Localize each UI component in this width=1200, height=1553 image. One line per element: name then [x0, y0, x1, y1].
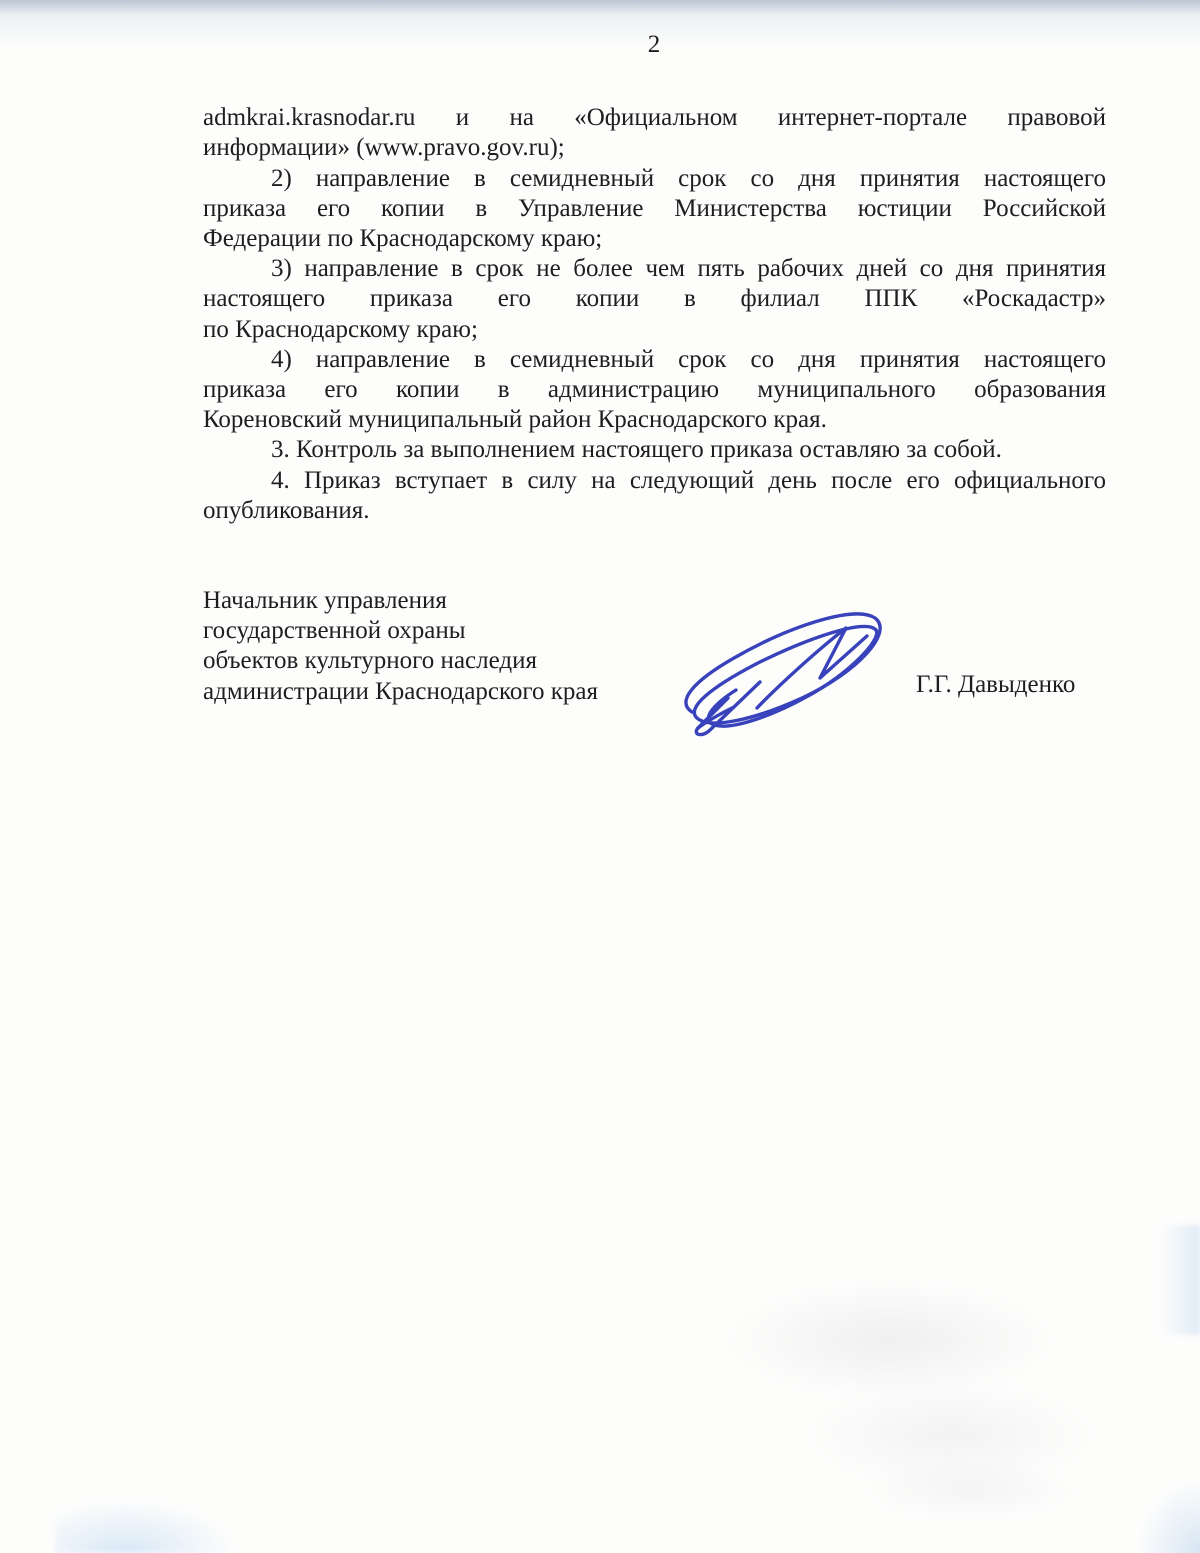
paragraph-item-3: 3) направление в срок не более чем пять … — [203, 254, 1106, 345]
scan-artifact-ghost — [860, 1460, 1080, 1520]
text-line: 4) направление в семидневный срок со дня… — [203, 345, 1106, 375]
paragraph-item-4: 4) направление в семидневный срок со дня… — [203, 345, 1106, 436]
text-line: опубликования. — [203, 496, 1106, 526]
text-line: государственной охраны — [203, 616, 1106, 646]
scan-artifact-ghost — [720, 1280, 1060, 1400]
scan-artifact-corner-right — [1140, 1483, 1200, 1553]
text-line: информации» (www.pravo.gov.ru); — [203, 133, 1106, 163]
text-line: 3) направление в срок не более чем пять … — [203, 254, 1106, 284]
document-page: 2 admkrai.krasnodar.ru и на «Официальном… — [0, 0, 1200, 1553]
text-line: Кореновский муниципальный район Краснода… — [203, 405, 1106, 435]
paragraph-entry-into-force: 4. Приказ вступает в силу на следующий д… — [203, 466, 1106, 526]
handwritten-signature — [662, 596, 894, 744]
text-line: Начальник управления — [203, 586, 1106, 616]
scan-artifact-corner-left — [55, 1503, 230, 1553]
paragraph-continuation: admkrai.krasnodar.ru и на «Официальном и… — [203, 103, 1106, 163]
page-number: 2 — [203, 30, 1106, 60]
scan-artifact-right-edge — [1160, 1225, 1200, 1335]
text-line: Федерации по Краснодарскому краю; — [203, 224, 1106, 254]
paragraph-control: 3. Контроль за выполнением настоящего пр… — [203, 435, 1106, 465]
text-line: настоящего приказа его копии в филиал ПП… — [203, 284, 1106, 314]
text-line: приказа его копии в Управление Министерс… — [203, 194, 1106, 224]
text-line: по Краснодарскому краю; — [203, 315, 1106, 345]
document-content: 2 admkrai.krasnodar.ru и на «Официальном… — [203, 30, 1106, 707]
text-line: 2) направление в семидневный срок со дня… — [203, 164, 1106, 194]
text-line: приказа его копии в администрацию муници… — [203, 375, 1106, 405]
text-line: 4. Приказ вступает в силу на следующий д… — [203, 466, 1106, 496]
scan-artifact-ghost — [800, 1380, 1100, 1490]
signer-name: Г.Г. Давыденко — [916, 671, 1136, 699]
text-line: admkrai.krasnodar.ru и на «Официальном и… — [203, 103, 1106, 133]
paragraph-item-2: 2) направление в семидневный срок со дня… — [203, 164, 1106, 255]
text-line: 3. Контроль за выполнением настоящего пр… — [203, 435, 1106, 465]
